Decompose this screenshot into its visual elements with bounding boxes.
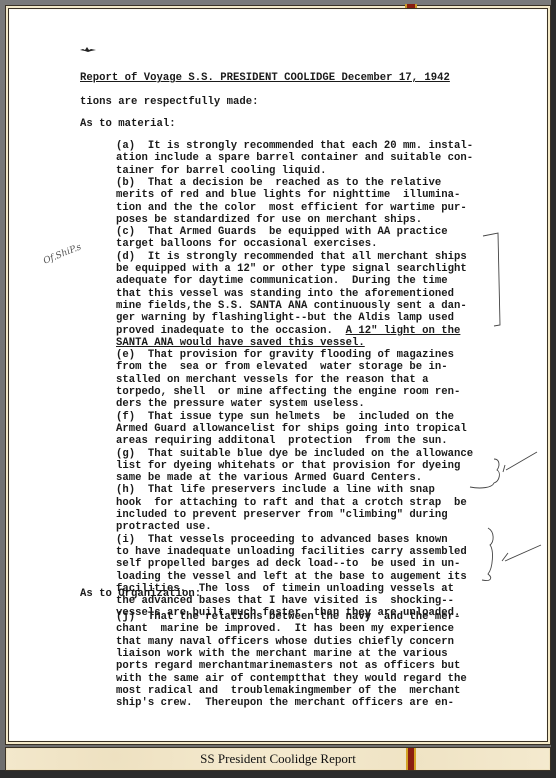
caption-marker	[406, 748, 416, 770]
handwritten-annotations	[0, 0, 556, 778]
checkmark-annotation-icon	[470, 452, 537, 488]
checkmark-annotation-icon	[482, 528, 541, 581]
bracket-annotation-icon	[483, 233, 500, 326]
caption-title: SS President Coolidge Report	[6, 751, 550, 767]
caption-bar: SS President Coolidge Report	[5, 747, 551, 771]
